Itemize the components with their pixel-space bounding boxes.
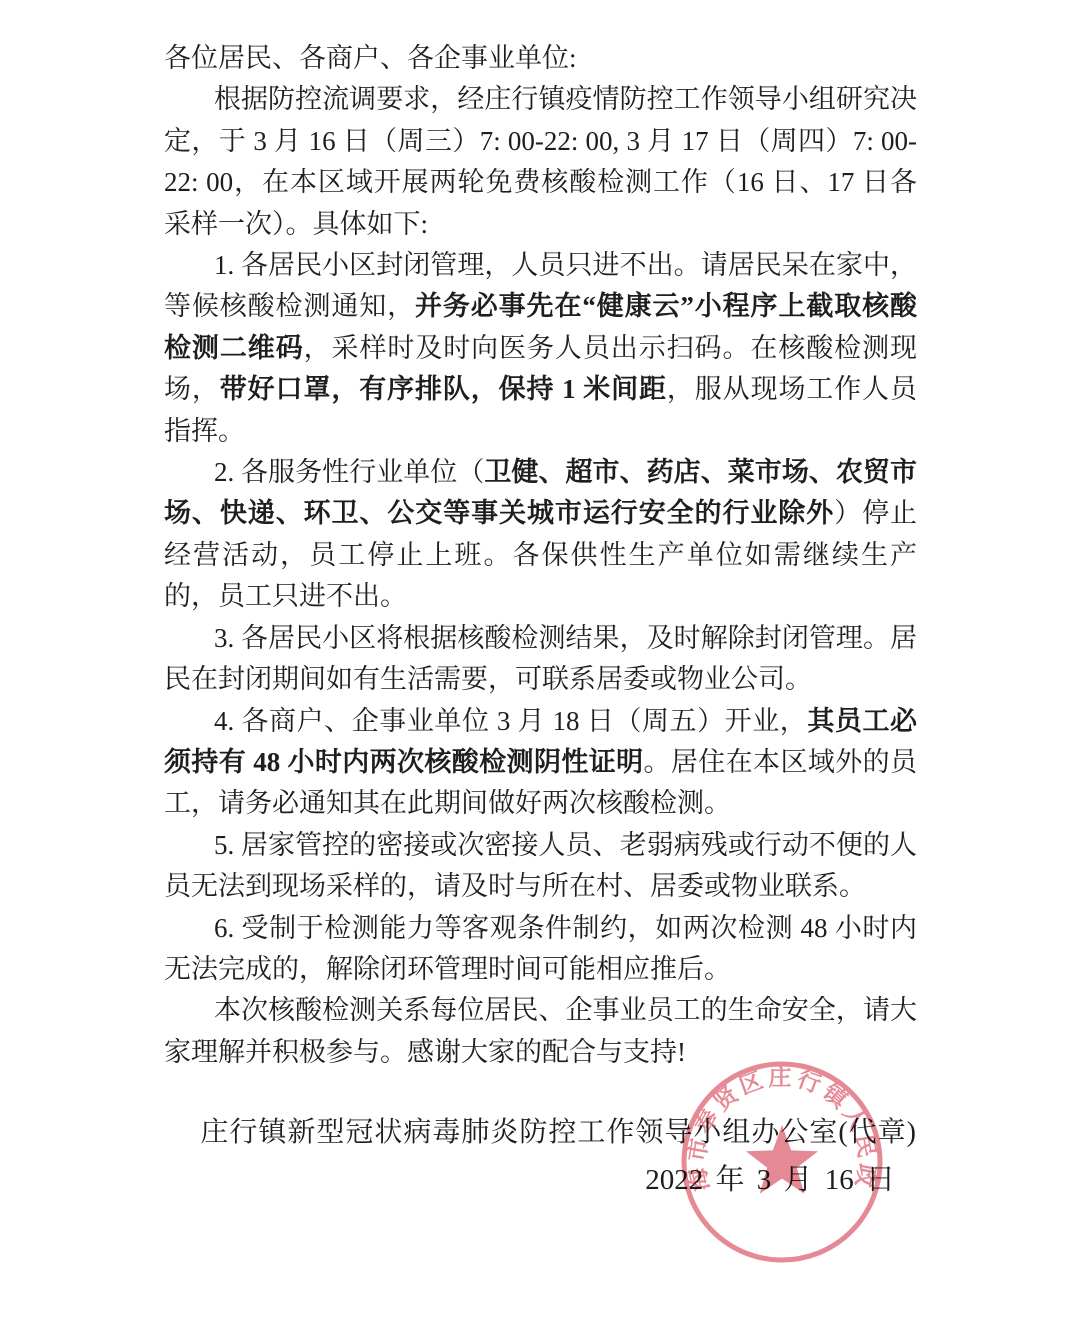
body-text: 本次核酸检测关系每位居民、企事业员工的生命安全，请大家理解并积极参与。感谢大家的… bbox=[164, 995, 917, 1066]
paragraph: 4. 各商户、企事业单位 3 月 18 日（周五）开业，其员工必须持有 48 小… bbox=[164, 701, 917, 825]
signature-block: 庄行镇新型冠状病毒肺炎防控工作领导小组办公室(代章) 2022 年 3 月 16… bbox=[164, 1112, 917, 1200]
paragraphs-container: 根据防控流调要求，经庄行镇疫情防控工作领导小组研究决定，于 3 月 16 日（周… bbox=[164, 79, 917, 1073]
paragraph: 1. 各居民小区封闭管理，人员只进不出。请居民呆在家中，等候核酸检测通知，并务必… bbox=[164, 245, 917, 452]
body-text: 4. 各商户、企事业单位 3 月 18 日（周五）开业， bbox=[214, 706, 807, 736]
body-text: 6. 受制于检测能力等客观条件制约，如两次检测 48 小时内无法完成的，解除闭环… bbox=[164, 913, 917, 984]
date-line: 2022 年 3 月 16 日 bbox=[164, 1160, 917, 1200]
paragraph: 6. 受制于检测能力等客观条件制约，如两次检测 48 小时内无法完成的，解除闭环… bbox=[164, 908, 917, 991]
notice-body: 各位居民、各商户、各企事业单位: 根据防控流调要求，经庄行镇疫情防控工作领导小组… bbox=[164, 38, 917, 1073]
body-text: 5. 居家管控的密接或次密接人员、老弱病残或行动不便的人员无法到现场采样的，请及… bbox=[164, 830, 917, 901]
body-text: 根据防控流调要求，经庄行镇疫情防控工作领导小组研究决定，于 3 月 16 日（周… bbox=[164, 84, 917, 238]
paragraph: 根据防控流调要求，经庄行镇疫情防控工作领导小组研究决定，于 3 月 16 日（周… bbox=[164, 79, 917, 245]
paragraph: 5. 居家管控的密接或次密接人员、老弱病残或行动不便的人员无法到现场采样的，请及… bbox=[164, 825, 917, 908]
emphasis-text: 带好口罩，有序排队，保持 1 米间距 bbox=[220, 374, 667, 404]
salutation-line: 各位居民、各商户、各企事业单位: bbox=[164, 38, 917, 79]
paragraph: 3. 各居民小区将根据核酸检测结果，及时解除封闭管理。居民在封闭期间如有生活需要… bbox=[164, 618, 917, 701]
body-text: 3. 各居民小区将根据核酸检测结果，及时解除封闭管理。居民在封闭期间如有生活需要… bbox=[164, 623, 917, 694]
paragraph: 2. 各服务性行业单位（卫健、超市、药店、菜市场、农贸市场、快递、环卫、公交等事… bbox=[164, 452, 917, 618]
body-text: 2. 各服务性行业单位（ bbox=[214, 457, 484, 487]
paragraph: 本次核酸检测关系每位居民、企事业员工的生命安全，请大家理解并积极参与。感谢大家的… bbox=[164, 990, 917, 1073]
notice-page: 各位居民、各商户、各企事业单位: 根据防控流调要求，经庄行镇疫情防控工作领导小组… bbox=[0, 0, 1080, 1331]
signature-line: 庄行镇新型冠状病毒肺炎防控工作领导小组办公室(代章) bbox=[164, 1112, 917, 1154]
